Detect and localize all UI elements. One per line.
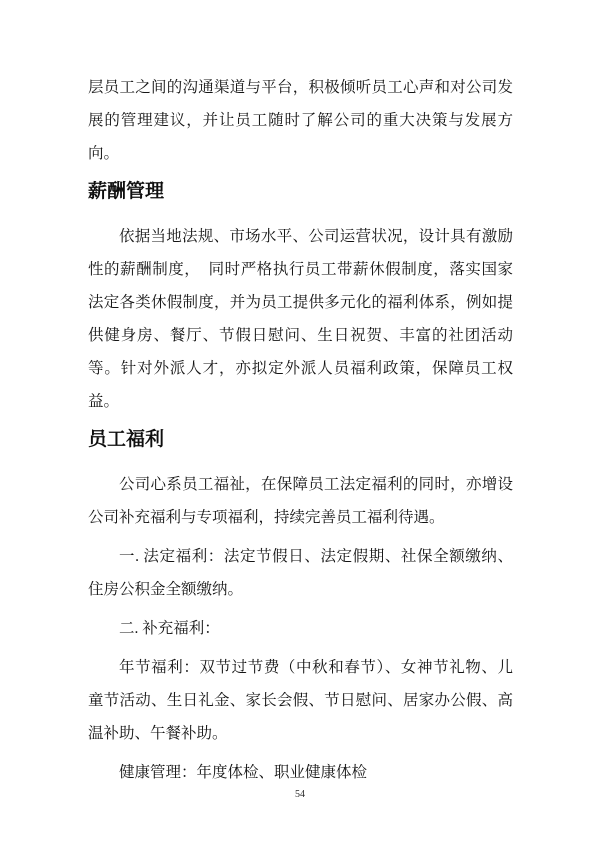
section-heading-employee-benefits: 员工福利	[88, 426, 513, 454]
paragraph-festival-benefits: 年节福利：双节过节费（中秋和春节）、女神节礼物、儿童节活动、生日礼金、家长会假、…	[88, 651, 513, 750]
page-number: 54	[0, 789, 600, 800]
paragraph-statutory-benefits: 一. 法定福利：法定节假日、法定假期、社保全额缴纳、住房公积金全额缴纳。	[88, 540, 513, 606]
paragraph-intro-continuation: 层员工之间的沟通渠道与平台，积极倾听员工心声和对公司发展的管理建议，并让员工随时…	[88, 71, 513, 170]
paragraph-supplementary-benefits-label: 二. 补充福利：	[88, 612, 513, 645]
paragraph-benefits-overview: 公司心系员工福祉，在保障员工法定福利的同时，亦增设公司补充福利与专项福利，持续完…	[88, 468, 513, 534]
paragraph-compensation-policy: 依据当地法规、市场水平、公司运营状况，设计具有激励性的薪酬制度， 同时严格执行员…	[88, 220, 513, 418]
paragraph-health-management: 健康管理：年度体检、职业健康体检	[88, 756, 513, 789]
section-heading-compensation-management: 薪酬管理	[88, 178, 513, 206]
document-page: 层员工之间的沟通渠道与平台，积极倾听员工心声和对公司发展的管理建议，并让员工随时…	[0, 0, 600, 848]
page-content: 层员工之间的沟通渠道与平台，积极倾听员工心声和对公司发展的管理建议，并让员工随时…	[0, 0, 600, 789]
